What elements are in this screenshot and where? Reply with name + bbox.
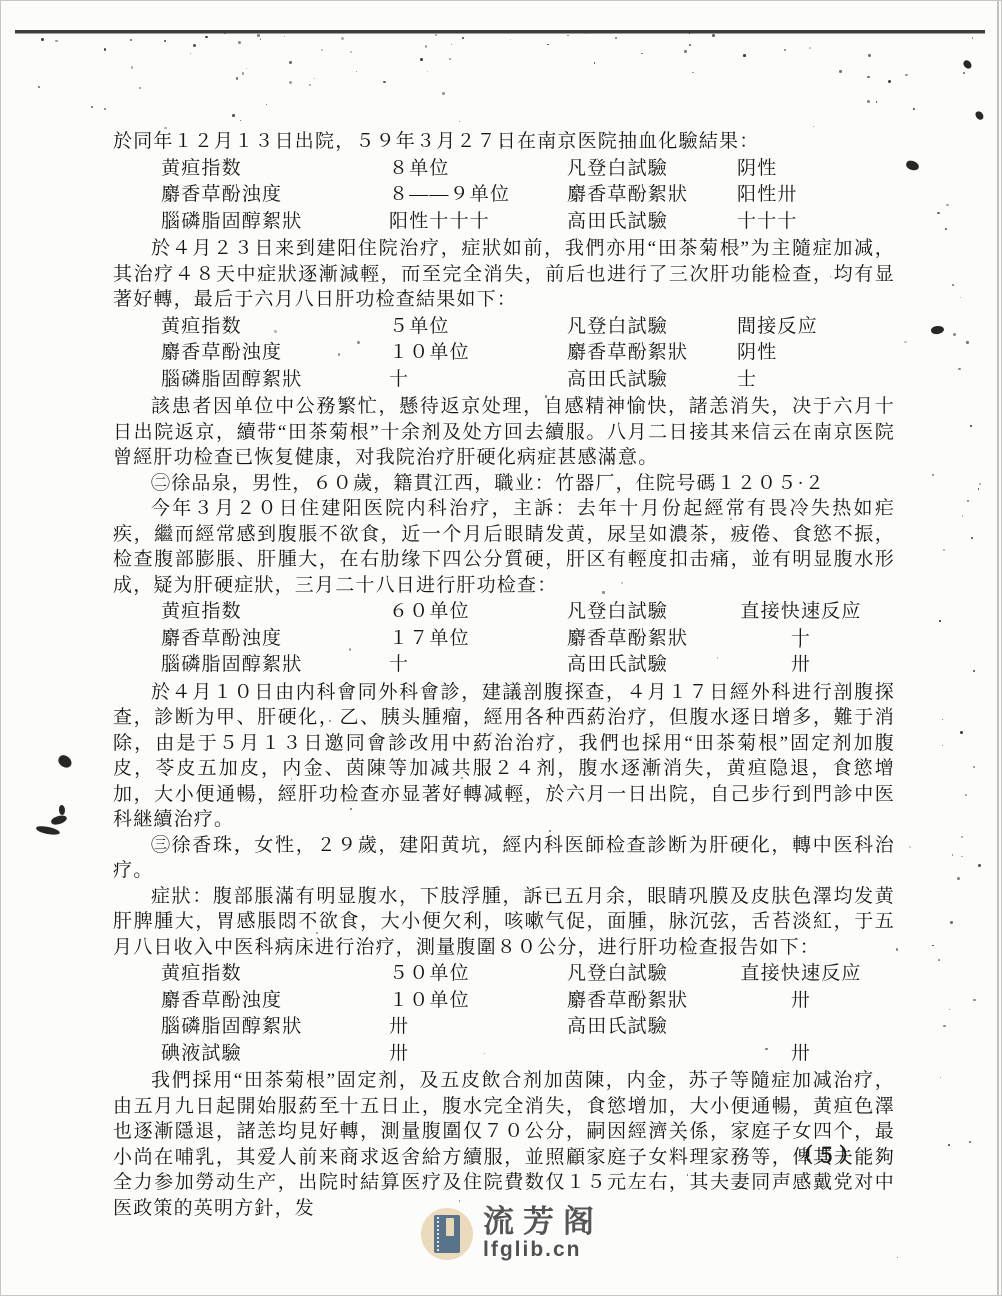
scan-speck (953, 333, 956, 336)
lab-row: 腦磷脂固醇絮狀卅高田氏試驗 (113, 1014, 895, 1041)
scan-speck (896, 948, 899, 951)
scan-speck (965, 794, 967, 796)
lab-cell-c3: 凡登白試驗 (567, 314, 737, 341)
scan-speck (567, 35, 569, 37)
scan-speck (547, 44, 549, 46)
scan-speck (867, 76, 869, 78)
scan-speck (897, 1257, 899, 1259)
scan-speck (240, 120, 241, 121)
lab-cell-c4: 直接快速反应 (737, 961, 895, 988)
lab-cell-c2: ８——９单位 (389, 182, 567, 209)
watermark: 流芳阁 lfglib.cn (421, 1206, 603, 1261)
paragraph-case-2-history: 今年３月２０日住建阳医院内科治疗，主訴：去年十月份起經常有畏冷失热如疟疾，繼而經… (113, 496, 895, 598)
scan-speck (236, 77, 238, 79)
paragraph-case-2-treatment: 於４月１０日由内科會同外科會診，建議剖腹探查，４月１７日經外科进行剖腹探查，診断… (113, 680, 895, 833)
scan-speck (130, 39, 131, 40)
scan-ink-blob (36, 825, 61, 836)
scan-speck (904, 341, 906, 343)
lab-row: 腦磷脂固醇絮狀十高田氏試驗卅 (113, 652, 895, 679)
scan-ink-blob (905, 159, 920, 171)
book-icon (434, 1215, 460, 1253)
watermark-logo-circle (421, 1208, 473, 1260)
lab-cell-c2: １７单位 (389, 626, 567, 653)
case-3-intro-line: ㊂徐香珠，女性，２９歲，建阳黄坑，經内科医師检查診断为肝硬化，轉中医科治疗。 (113, 833, 895, 884)
scan-speck (224, 33, 226, 35)
scan-speck (962, 515, 963, 516)
scan-speck (784, 49, 786, 51)
book-binding-stitches-icon (437, 1217, 439, 1251)
scan-speck (612, 508, 613, 509)
scan-speck (510, 39, 511, 40)
lab-cell-c4: 卅 (737, 1041, 895, 1068)
scan-speck (164, 127, 167, 130)
lab-row: 麝香草酚浊度８——９单位麝香草酚絮狀阳性卅 (113, 182, 895, 209)
scan-speck (970, 425, 972, 427)
scan-speck (973, 670, 975, 672)
scan-speck (946, 204, 949, 207)
scan-ink-blob (59, 805, 65, 815)
scan-speck (602, 591, 604, 593)
scan-speck (932, 945, 933, 946)
lab-cell-c4: 卅 (737, 652, 895, 679)
scan-speck (139, 87, 142, 90)
lab-cell-c2: 十 (389, 652, 567, 679)
lab-cell-c1: 麝香草酚浊度 (161, 626, 389, 653)
lab-row: 碘液試驗卅卅 (113, 1041, 895, 1068)
scan-speck (449, 58, 451, 60)
lab-cell-c4: 士 (737, 367, 895, 394)
scan-speck (205, 36, 207, 38)
lab-cell-c2: ６０单位 (389, 599, 567, 626)
lab-cell-c1: 麝香草酚浊度 (161, 340, 389, 367)
lab-results-table-2: 黄疸指数５单位凡登白試驗間接反应麝香草酚浊度１０单位麝香草酚絮狀阴性腦磷脂固醇絮… (113, 314, 895, 394)
lab-cell-c4: 卅 (737, 988, 895, 1015)
scan-speck (425, 45, 427, 47)
scan-speck (314, 78, 315, 79)
scan-speck (687, 1174, 688, 1175)
lab-cell-c4: 阴性 (737, 156, 895, 183)
scan-speck (238, 41, 241, 44)
case-2-intro-line: ㊁徐品泉，男性，６０歲，籍貫江西，職业：竹器厂，住院号碼１２０５·２ (113, 471, 895, 497)
scan-speck (940, 1077, 942, 1079)
scan-speck (184, 966, 185, 967)
scan-speck (876, 101, 878, 103)
scan-speck (950, 921, 953, 924)
scan-speck (442, 92, 445, 95)
lab-cell-c4 (737, 1014, 895, 1041)
lab-cell-c3: 麝香草酚絮狀 (567, 340, 737, 367)
lab-cell-c3: 麝香草酚絮狀 (567, 182, 737, 209)
lab-row: 黄疸指数５０单位凡登白試驗直接快速反应 (113, 961, 895, 988)
watermark-text: 流芳阁 lfglib.cn (483, 1206, 603, 1261)
scan-speck (427, 71, 428, 72)
scan-speck (958, 368, 960, 370)
scan-speck (973, 766, 975, 768)
scan-speck (683, 1138, 685, 1140)
scan-speck (104, 108, 106, 110)
scan-speck (938, 959, 940, 961)
lab-cell-c3: 麝香草酚絮狀 (567, 988, 737, 1015)
lab-cell-c1: 腦磷脂固醇絮狀 (161, 367, 389, 394)
scan-speck (321, 49, 323, 51)
scan-speck (830, 276, 832, 278)
lab-cell-c2: 卅 (389, 1041, 567, 1068)
scan-speck (960, 731, 963, 734)
scan-speck (55, 40, 57, 42)
lab-cell-c1: 碘液試驗 (161, 1041, 389, 1068)
lab-cell-c4: 直接快速反应 (737, 599, 895, 626)
lab-cell-c3: 麝香草酚絮狀 (567, 626, 737, 653)
scan-speck (913, 108, 915, 110)
scan-speck (952, 284, 954, 286)
scan-speck (758, 1188, 760, 1190)
scan-speck (957, 877, 960, 880)
scan-speck (420, 58, 423, 61)
scan-speck (357, 341, 360, 344)
document-body-text: 於同年１２月１３日出院，５９年３月２７日在南京医院抽血化驗結果： 黄疸指数８单位… (113, 129, 895, 1221)
lab-cell-c3: 高田氏試驗 (567, 209, 737, 236)
lab-cell-c1: 腦磷脂固醇絮狀 (161, 1014, 389, 1041)
scan-speck (38, 86, 41, 89)
lab-cell-c2: 十 (389, 367, 567, 394)
scan-speck (350, 808, 352, 810)
scan-speck (621, 582, 623, 584)
scan-speck (692, 72, 693, 73)
scan-speck (909, 846, 911, 848)
scan-speck (435, 34, 438, 37)
lab-cell-c1: 麝香草酚浊度 (161, 182, 389, 209)
scan-speck (641, 53, 643, 55)
lab-cell-c3 (567, 1041, 737, 1068)
lab-cell-c3: 高田氏試驗 (567, 367, 737, 394)
scan-speck (641, 268, 643, 270)
scan-speck (939, 620, 941, 622)
scan-speck (945, 228, 947, 230)
scan-speck (246, 68, 247, 69)
scan-speck (329, 720, 331, 722)
scan-speck (737, 246, 739, 248)
lab-cell-c2: １０单位 (389, 340, 567, 367)
lab-cell-c1: 黄疸指数 (161, 961, 389, 988)
lab-row: 麝香草酚浊度１０单位麝香草酚絮狀阴性 (113, 340, 895, 367)
scan-ink-blob (962, 59, 973, 70)
scan-top-edge-line (15, 30, 985, 34)
scan-ink-blob (56, 753, 74, 770)
scan-speck (799, 645, 802, 648)
scan-speck (689, 44, 690, 45)
scan-ink-blob (930, 325, 944, 335)
lab-cell-c1: 腦磷脂固醇絮狀 (161, 652, 389, 679)
scan-speck (274, 330, 277, 333)
scan-speck (350, 51, 352, 53)
scan-speck (952, 854, 954, 856)
scan-speck (971, 537, 973, 539)
lab-results-table-4: 黄疸指数５０单位凡登白試驗直接快速反应麝香草酚浊度１０单位麝香草酚絮狀卅腦磷脂固… (113, 961, 895, 1067)
scan-speck (942, 719, 943, 720)
scan-right-edge-line (997, 1, 999, 1296)
lab-results-table-3: 黄疸指数６０单位凡登白試驗直接快速反应麝香草酚浊度１７单位麝香草酚絮狀十腦磷脂固… (113, 599, 895, 679)
lab-cell-c4: 間接反应 (737, 314, 895, 341)
scan-speck (948, 1144, 950, 1146)
scan-speck (242, 72, 244, 74)
scan-speck (266, 104, 267, 105)
scan-speck (743, 54, 746, 57)
scan-speck (459, 121, 460, 122)
page-number: （５） (793, 1139, 862, 1168)
scan-speck (961, 856, 962, 857)
lab-cell-c4: 阳性卅 (737, 182, 895, 209)
lab-cell-c2: ５单位 (389, 314, 567, 341)
lab-row: 腦磷脂固醇絮狀十高田氏試驗士 (113, 367, 895, 394)
scan-speck (451, 44, 452, 45)
lab-cell-c4: 十 (737, 626, 895, 653)
lab-cell-c3: 凡登白試驗 (567, 599, 737, 626)
scan-speck (888, 80, 891, 83)
scan-speck (91, 106, 93, 108)
scan-speck (190, 53, 191, 54)
lab-row: 麝香草酚浊度１０单位麝香草酚絮狀卅 (113, 988, 895, 1015)
scan-speck (712, 34, 715, 37)
lab-cell-c1: 麝香草酚浊度 (161, 988, 389, 1015)
scan-speck (260, 38, 261, 39)
scan-speck (615, 37, 617, 39)
scan-speck (809, 47, 811, 49)
lab-cell-c4: 阴性 (737, 340, 895, 367)
scan-speck (104, 48, 107, 51)
scan-speck (839, 70, 842, 73)
scan-speck (943, 549, 945, 551)
scan-speck (949, 1009, 950, 1010)
paragraph-case-3-symptoms: 症狀：腹部脹滿有明显腹水，下肢浮腫，訴已五月余，眼睛巩膜及皮肤色澤均发黄肝脾腫大… (113, 884, 895, 961)
lab-cell-c3: 高田氏試驗 (567, 1014, 737, 1041)
scan-speck (594, 62, 596, 64)
lab-cell-c2: １０单位 (389, 988, 567, 1015)
scan-speck (341, 37, 344, 40)
scan-speck (356, 71, 357, 72)
paragraph-treatment-course: 於４月２３日来到建阳住院治疗，症狀如前，我們亦用“田茶菊根”为主隨症加减，其治疗… (113, 236, 895, 313)
lab-cell-c3: 凡登白試驗 (567, 156, 737, 183)
scan-speck (963, 72, 965, 74)
lab-cell-c2: ５０单位 (389, 961, 567, 988)
scan-speck (276, 836, 278, 838)
scan-speck (961, 836, 963, 838)
scan-speck (972, 37, 973, 38)
lab-results-table-1: 黄疸指数８单位凡登白試驗阴性麝香草酚浊度８——９单位麝香草酚絮狀阳性卅腦磷脂固醇… (113, 156, 895, 236)
lab-cell-c1: 腦磷脂固醇絮狀 (161, 209, 389, 236)
lab-row: 黄疸指数５单位凡登白試驗間接反应 (113, 314, 895, 341)
scan-speck (932, 474, 935, 477)
paragraph-patient-return: 該患者因单位中公務繁忙，懸待返京处理，自感精神愉快，諸恙消失，决于六月十日出院返… (113, 394, 895, 471)
scan-speck (193, 44, 196, 47)
scan-speck (41, 38, 44, 41)
lab-row: 黄疸指数６０单位凡登白試驗直接快速反应 (113, 599, 895, 626)
scan-speck (942, 745, 943, 746)
scan-speck (131, 66, 134, 69)
scan-speck (289, 81, 292, 84)
lab-cell-c3: 凡登白試驗 (567, 961, 737, 988)
scan-speck (960, 297, 961, 298)
scan-speck (765, 1048, 767, 1050)
scan-speck (164, 40, 166, 42)
scan-speck (978, 864, 981, 867)
scan-speck (284, 36, 285, 37)
scan-ink-blob (50, 814, 68, 827)
paragraph-discharge-results: 於同年１２月１３日出院，５９年３月２７日在南京医院抽血化驗結果： (113, 129, 895, 155)
scan-ink-blob (974, 110, 985, 121)
lab-cell-c3: 高田氏試驗 (567, 652, 737, 679)
scan-speck (969, 1141, 971, 1143)
watermark-site-name: 流芳阁 (483, 1206, 603, 1238)
scan-speck (867, 100, 870, 103)
lab-cell-c2: 阳性十十十 (389, 209, 567, 236)
scan-speck (236, 849, 239, 852)
lab-cell-c1: 黄疸指数 (161, 599, 389, 626)
scan-speck (232, 114, 235, 117)
scan-speck (905, 74, 907, 76)
scan-speck (943, 1025, 946, 1028)
scan-speck (383, 81, 385, 83)
scan-speck (490, 732, 492, 734)
scanned-document-page: 於同年１２月１３日出院，５９年３月２７日在南京医院抽血化驗結果： 黄疸指数８单位… (0, 0, 1002, 1296)
lab-cell-c1: 黄疸指数 (161, 314, 389, 341)
scan-speck (937, 212, 939, 214)
scan-speck (289, 61, 292, 64)
scan-speck (973, 999, 976, 1002)
lab-cell-c2: 卅 (389, 1014, 567, 1041)
lab-cell-c4: 十十十 (737, 209, 895, 236)
lab-cell-c2: ８单位 (389, 156, 567, 183)
scan-speck (257, 34, 260, 37)
lab-cell-c1: 黄疸指数 (161, 156, 389, 183)
lab-row: 麝香草酚浊度１７单位麝香草酚絮狀十 (113, 626, 895, 653)
scan-speck (309, 84, 311, 86)
scan-speck (247, 1158, 248, 1159)
watermark-site-url: lfglib.cn (483, 1239, 603, 1261)
scan-speck (979, 483, 981, 485)
scan-speck (966, 341, 969, 344)
scan-speck (868, 54, 871, 57)
lab-row: 腦磷脂固醇絮狀阳性十十十高田氏試驗十十十 (113, 209, 895, 236)
scan-speck (684, 50, 686, 52)
scan-speck (967, 500, 969, 502)
lab-row: 黄疸指数８单位凡登白試驗阴性 (113, 156, 895, 183)
scan-speck (462, 37, 464, 39)
scan-speck (813, 126, 814, 127)
scan-speck (978, 488, 979, 489)
scan-speck (179, 561, 181, 563)
book-title-label-icon (446, 1218, 454, 1236)
paragraph-case-3-treatment: 我們採用“田茶菊根”固定剂，及五皮飲合剂加茵陳，内金，苏子等隨症加减治疗，由五月… (113, 1068, 895, 1221)
